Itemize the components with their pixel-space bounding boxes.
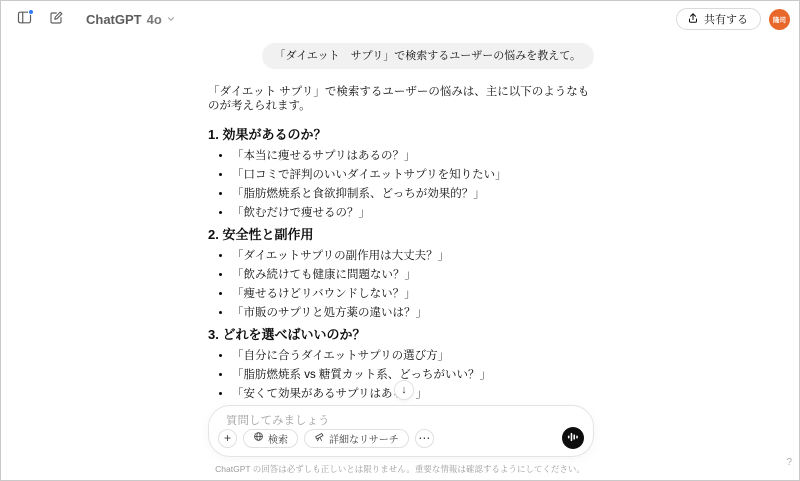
chatgpt-window: ChatGPT 4o 共有する: [0, 0, 800, 481]
help-button[interactable]: ?: [786, 457, 792, 468]
search-tool-label: 検索: [268, 431, 288, 446]
assistant-message: 「ダイエット サプリ」で検索するユーザーの悩みは、主に以下のようなものが考えられ…: [208, 85, 594, 423]
message-input[interactable]: [226, 415, 576, 427]
voice-mode-button[interactable]: [562, 427, 584, 449]
sidebar-toggle-button[interactable]: [10, 5, 38, 33]
voice-waveform-icon: [567, 431, 579, 446]
list-item: 「自分に合うダイエットサプリの選び方」: [232, 347, 594, 366]
plus-icon: +: [224, 432, 231, 444]
list-item: 「痩せるけどリバウンドしない？」: [232, 285, 594, 304]
section-list-2: 「ダイエットサプリの副作用は大丈夫？」 「飲み続けても健康に問題ない？」 「痩せ…: [208, 247, 594, 323]
avatar[interactable]: 隆司: [769, 9, 790, 30]
arrow-down-icon: ↓: [401, 384, 407, 396]
composer-toolbar: + 検索: [218, 427, 584, 449]
deep-research-button[interactable]: 詳細なリサーチ: [304, 429, 409, 448]
composer[interactable]: + 検索: [208, 405, 594, 457]
disclaimer-text: ChatGPT の回答は必ずしも正しいとは限りません。重要な情報は確認するように…: [1, 463, 799, 475]
list-item: 「飲むだけで痩せるの？」: [232, 204, 594, 223]
header-left: ChatGPT 4o: [10, 5, 184, 33]
section-heading-3: 3. どれを選べばいいのか？: [208, 327, 594, 342]
list-item: 「ダイエットサプリの副作用は大丈夫？」: [232, 247, 594, 266]
model-switcher[interactable]: ChatGPT 4o: [78, 7, 184, 32]
section-heading-1: 1. 効果があるのか？: [208, 127, 594, 142]
user-message-row: 「ダイエット サプリ」で検索するユーザーの悩みを教えて。: [208, 43, 594, 69]
search-tool-button[interactable]: 検索: [243, 429, 298, 448]
share-icon: [687, 12, 699, 27]
chevron-down-icon: [166, 12, 176, 27]
list-item: 「脂肪燃焼系と食欲抑制系、どっちが効果的？」: [232, 185, 594, 204]
list-item: 「飲み続けても健康に問題ない？」: [232, 266, 594, 285]
share-button-label: 共有する: [704, 11, 748, 27]
deep-research-label: 詳細なリサーチ: [329, 431, 399, 446]
globe-icon: [253, 431, 264, 445]
new-chat-button[interactable]: [42, 5, 70, 33]
scroll-to-bottom-button[interactable]: ↓: [394, 380, 414, 400]
section-heading-2: 2. 安全性と副作用: [208, 227, 594, 242]
user-message-bubble: 「ダイエット サプリ」で検索するユーザーの悩みを教えて。: [262, 43, 594, 69]
attach-button[interactable]: +: [218, 429, 237, 448]
list-item: 「本当に痩せるサプリはあるの？」: [232, 147, 594, 166]
header-right: 共有する 隆司: [676, 8, 790, 30]
avatar-initials: 隆司: [773, 15, 786, 24]
more-tools-button[interactable]: ⋯: [415, 429, 434, 448]
new-chat-pencil-icon: [48, 10, 64, 29]
telescope-icon: [314, 431, 325, 445]
list-item: 「脂肪燃焼系 vs 糖質カット系、どっちがいい？」: [232, 366, 594, 385]
model-name: ChatGPT: [86, 12, 142, 27]
list-item: 「市販のサプリと処方薬の違いは？」: [232, 304, 594, 323]
section-list-1: 「本当に痩せるサプリはあるの？」 「口コミで評判のいいダイエットサプリを知りたい…: [208, 147, 594, 223]
top-bar: ChatGPT 4o 共有する: [1, 1, 799, 37]
share-button[interactable]: 共有する: [676, 8, 761, 30]
notification-dot: [28, 9, 34, 15]
answer-intro: 「ダイエット サプリ」で検索するユーザーの悩みは、主に以下のようなものが考えられ…: [208, 85, 594, 113]
ellipsis-icon: ⋯: [418, 432, 430, 444]
model-version: 4o: [147, 12, 162, 27]
list-item: 「口コミで評判のいいダイエットサプリを知りたい」: [232, 166, 594, 185]
